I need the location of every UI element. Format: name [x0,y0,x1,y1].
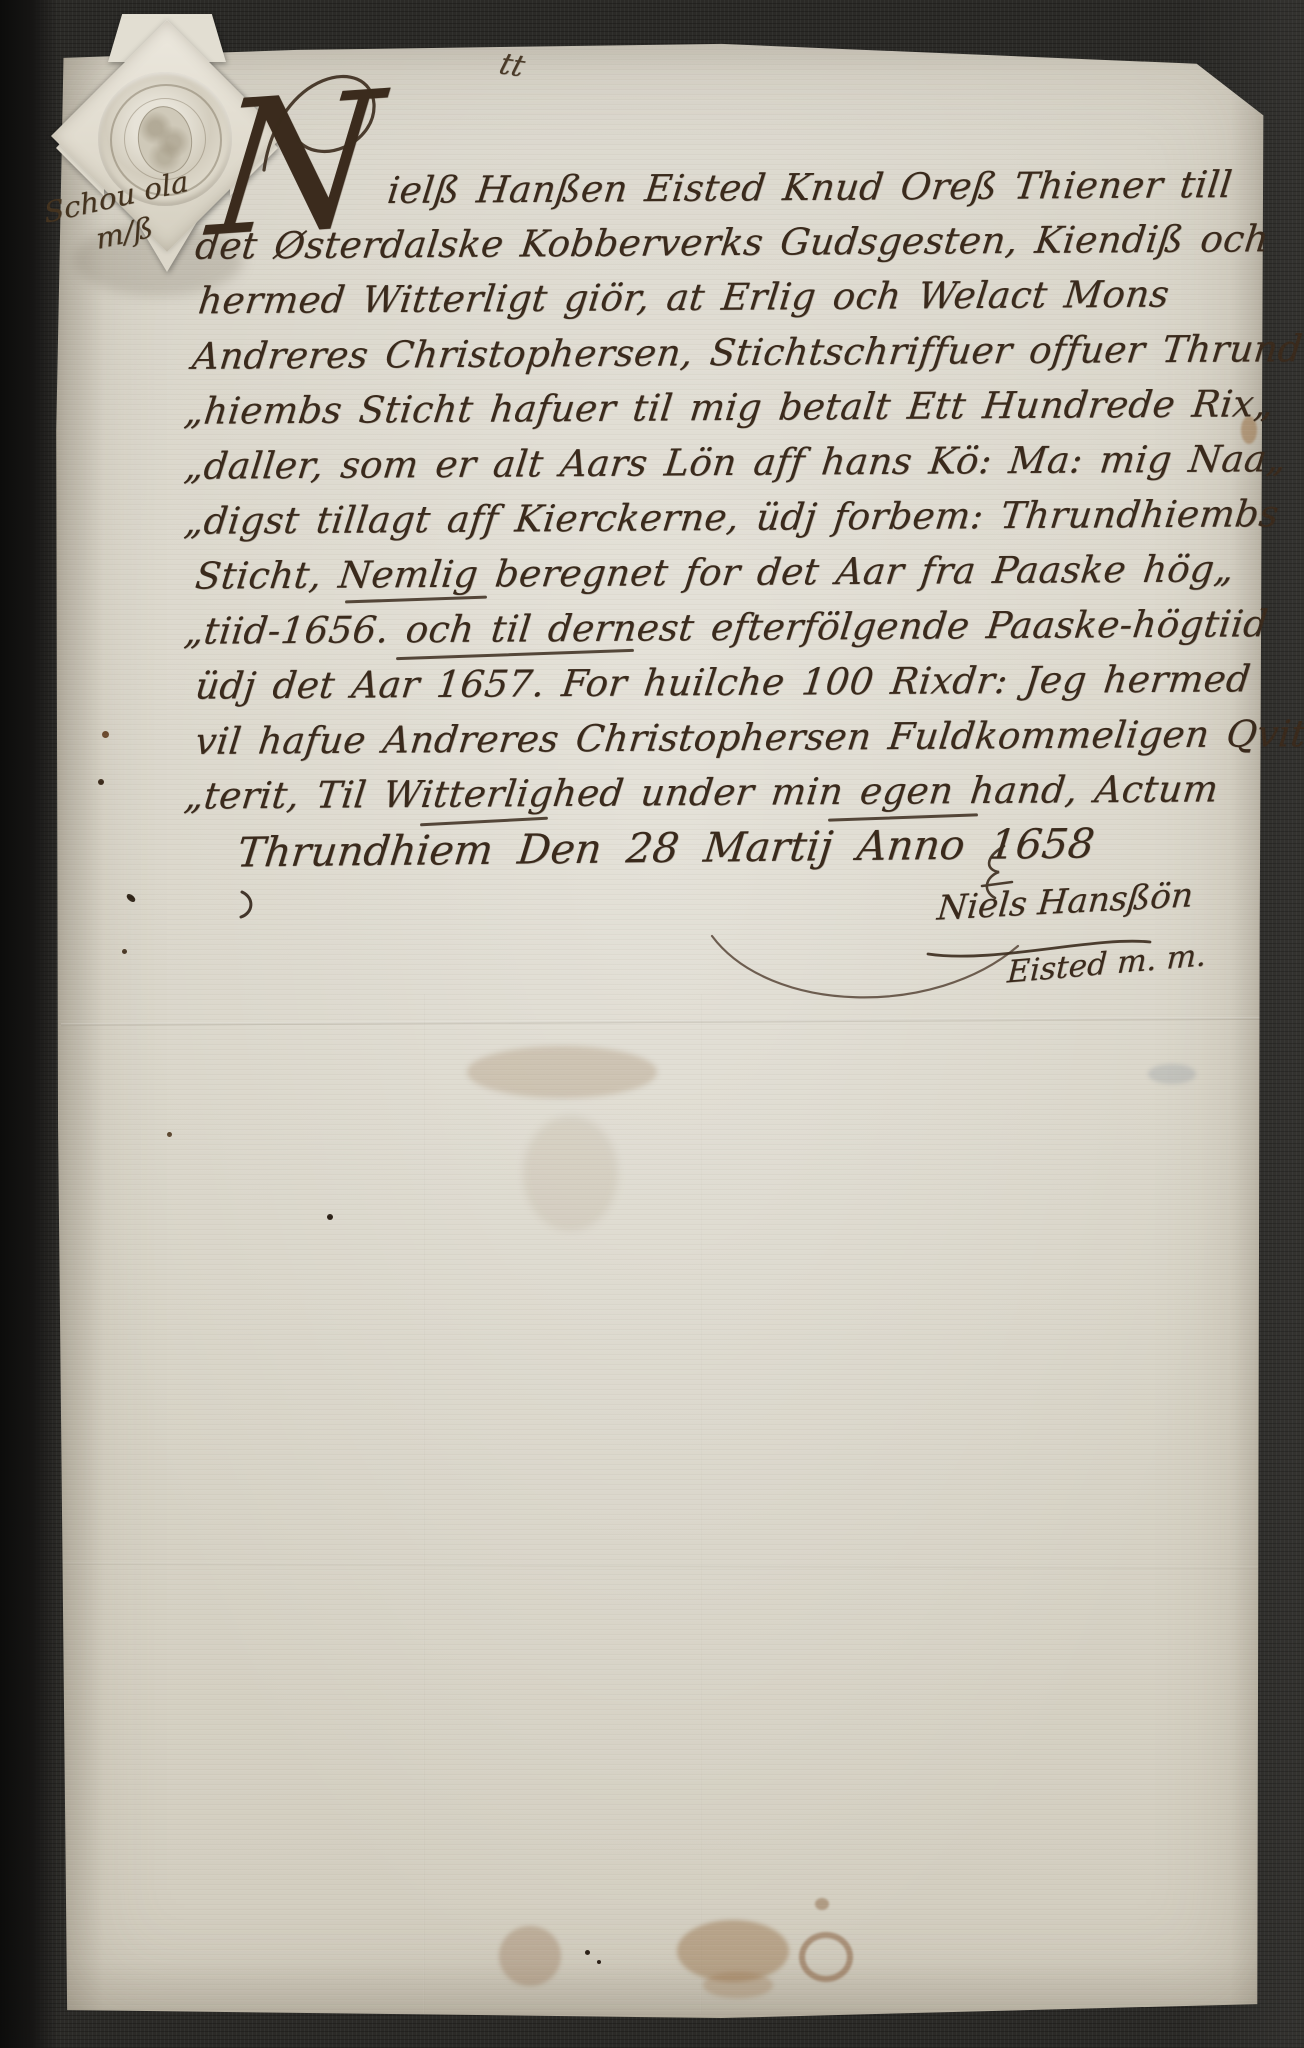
manuscript-line: „hiembs Sticht hafuer til mig betalt Ett… [182,382,1276,433]
vertical-crease [423,994,425,2014]
small-stain [815,1898,829,1910]
manuscript-line: „digst tillagt aff Kierckerne, üdj forbe… [182,492,1281,543]
fold-crease [61,1017,1261,1026]
ink-speck [585,1950,590,1955]
manuscript-line: ielß Hanßen Eisted Knud Oreß Thiener til… [385,163,1234,212]
ink-speck [98,779,104,785]
bottom-stain-tail [703,1972,773,1998]
ink-speck [597,1960,601,1964]
bottom-stain-x [499,1926,561,1986]
manuscript-line: „terit, Til Witterlighed under min egen … [182,767,1221,817]
vertical-crease [700,994,702,2014]
ink-speck [167,1132,172,1137]
manuscript-line: hermed Witterligt giör, at Erlig och Wel… [196,273,1172,323]
book-spine-shadow [0,0,58,2048]
ink-speck [125,892,137,903]
faint-blue-mark [1148,1064,1196,1084]
manuscript-line: „daller, som er alt Aars Lön aff hans Kö… [182,437,1289,488]
fold-crease-faint [61,1562,1261,1569]
ink-speck [122,949,127,954]
manuscript-line: vil hafue Andreres Christophersen Fuldko… [193,712,1304,763]
ink-showthrough-faint [523,1116,618,1231]
manuscript-line: det Østerdalske Kobberverks Gudsgesten, … [193,217,1271,267]
manuscript-line: Sticht, Nemlig beregnet for det Aar fra … [193,547,1236,597]
manuscript-line: üdj det Aar 1657. For huilche 100 Rixdr:… [193,657,1253,707]
paraph-mark [968,842,1020,908]
ink-speck [327,1214,333,1220]
manuscript-line: Andreres Christophersen, Stichtschriffue… [190,327,1304,378]
ink-speck [102,731,109,738]
pen-curl-mark [238,890,260,920]
initial-flourish-stroke [252,52,402,182]
bottom-stain-ring [799,1932,853,1982]
manuscript-line: „tiid-1656. och til dernest efterfölgend… [182,602,1270,653]
archive-scan-scene: tt Schou ola m/ß N ielß Hanßen Eisted Kn… [0,0,1304,2048]
signature-underline-flourish [922,928,1158,964]
ink-showthrough [467,1046,657,1098]
